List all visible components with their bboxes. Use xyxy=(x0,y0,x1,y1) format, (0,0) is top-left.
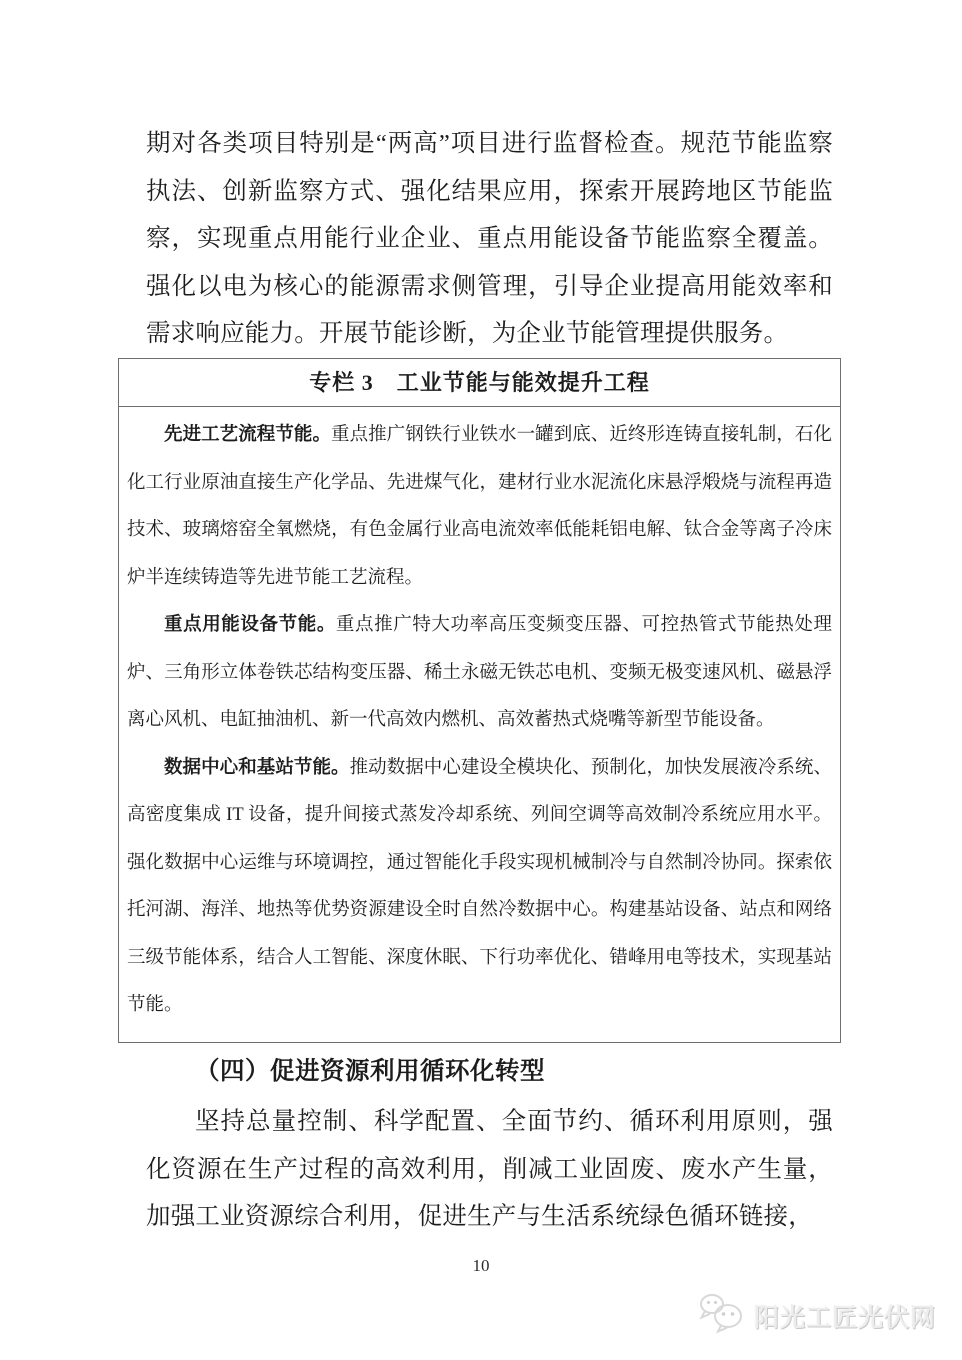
document-page: 期对各类项目特别是“两高”项目进行监督检查。规范节能监察执法、创新监察方式、强化… xyxy=(0,0,962,1360)
column-box-paragraph: 先进工艺流程节能。重点推广钢铁行业铁水一罐到底、近终形连铸直接轧制，石化化工行业… xyxy=(127,412,832,602)
column-box-paragraph: 重点用能设备节能。重点推广特大功率高压变频变压器、可控热管式节能热处理炉、三角形… xyxy=(127,602,832,745)
column-box-paragraph-lead: 重点用能设备节能。 xyxy=(164,615,336,635)
column-box-paragraph-text: 重点推广钢铁行业铁水一罐到底、近终形连铸直接轧制，石化化工行业原油直接生产化学品… xyxy=(127,425,832,588)
column-box-body: 先进工艺流程节能。重点推广钢铁行业铁水一罐到底、近终形连铸直接轧制，石化化工行业… xyxy=(119,407,840,1042)
column-box-paragraph: 数据中心和基站节能。推动数据中心建设全模块化、预制化，加快发展液冷系统、高密度集… xyxy=(127,745,832,1030)
column-box: 专栏 3 工业节能与能效提升工程 先进工艺流程节能。重点推广钢铁行业铁水一罐到底… xyxy=(118,358,841,1043)
column-box-paragraph-lead: 先进工艺流程节能。 xyxy=(164,425,331,445)
section-paragraph: 坚持总量控制、科学配置、全面节约、循环利用原则，强化资源在生产过程的高效利用，削… xyxy=(146,1098,833,1241)
section-heading: （四）促进资源利用循环化转型 xyxy=(146,1048,833,1096)
intro-paragraph: 期对各类项目特别是“两高”项目进行监督检查。规范节能监察执法、创新监察方式、强化… xyxy=(146,120,833,358)
column-box-title: 专栏 3 工业节能与能效提升工程 xyxy=(119,359,840,407)
watermark-text: 阳光工匠光伏网 xyxy=(754,1298,936,1334)
wechat-icon xyxy=(697,1292,747,1339)
page-number: 10 xyxy=(0,1256,962,1276)
intro-paragraph-block: 期对各类项目特别是“两高”项目进行监督检查。规范节能监察执法、创新监察方式、强化… xyxy=(146,120,833,358)
column-box-paragraph-text: 推动数据中心建设全模块化、预制化，加快发展液冷系统、高密度集成 IT 设备，提升… xyxy=(127,758,832,1016)
column-box-paragraph-lead: 数据中心和基站节能。 xyxy=(164,758,350,778)
section-block: （四）促进资源利用循环化转型 坚持总量控制、科学配置、全面节约、循环利用原则，强… xyxy=(146,1048,833,1241)
watermark: 阳光工匠光伏网 xyxy=(697,1292,936,1339)
